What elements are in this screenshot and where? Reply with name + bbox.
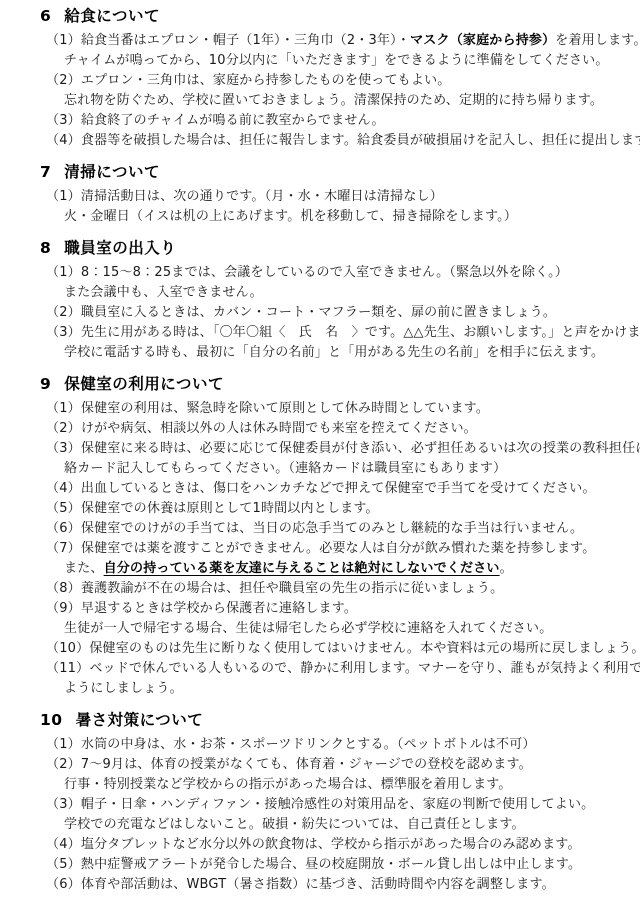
text-line: （6）保健室でのけがの手当ては、当日の応急手当てのみとし継続的な手当は行いません…: [0, 519, 640, 539]
text-segment: ようにしましょう。: [64, 681, 183, 696]
text-line: （5）熱中症警戒アラートが発令した場合、昼の校庭開放・ボール貸し出しは中止します…: [0, 855, 640, 875]
text-segment: （2）7～9月は、体育の授業がなくても、体育着・ジャージでの登校を認めます。: [46, 757, 532, 772]
text-segment: （2）職員室に入るときは、カバン・コート・マフラー類を、扉の前に置きましょう。: [46, 305, 556, 320]
text-segment: （4）出血しているときは、傷口をハンカチなどで押えて保健室で手当てを受けてくださ…: [46, 481, 596, 496]
text-segment: （3）給食終了のチャイムが鳴る前に教室からでません。: [46, 113, 385, 128]
text-line: （7）保健室では薬を渡すことができません。必要な人は自分が飲み慣れた薬を持参しま…: [0, 539, 640, 559]
text-line: 絡カード記入してもらってください。（連絡カードは職員室にもあります）: [0, 459, 640, 479]
text-segment: （2）けがや病気、相談以外の人は休み時間でも来室を控えてください。: [46, 421, 477, 436]
document-page: 6給食について（1）給食当番はエプロン・帽子（1年）・三角巾（2・3年）・マスク…: [0, 0, 640, 908]
text-segment: 行事・特別授業など学校からの指示があった場合は、標準服を着用します。: [64, 777, 512, 792]
section-8: 8職員室の出入り（1）8：15～8：25までは、会議をしているので入室できません…: [0, 237, 640, 363]
section-6: 6給食について（1）給食当番はエプロン・帽子（1年）・三角巾（2・3年）・マスク…: [0, 5, 640, 151]
text-segment: を着用します。: [555, 33, 640, 48]
text-segment: （2）エプロン・三角巾は、家庭から持参したものを使ってもよい。: [46, 73, 450, 88]
text-segment: （10）保健室のものは先生に断りなく使用してはいけません。本や資料は元の場所に戻…: [46, 641, 640, 656]
text-segment: （5）保健室での休養は原則として1時間以内とします。: [46, 501, 379, 516]
text-line: （2）職員室に入るときは、カバン・コート・マフラー類を、扉の前に置きましょう。: [0, 303, 640, 323]
text-segment: （1）保健室の利用は、緊急時を除いて原則として休み時間としています。: [46, 401, 489, 416]
text-segment: 。: [500, 561, 513, 576]
section-9: 9保健室の利用について（1）保健室の利用は、緊急時を除いて原則として休み時間とし…: [0, 373, 640, 699]
text-segment: （1）清掃活動日は、次の通りです。（月・水・木曜日は清掃なし）: [46, 189, 443, 204]
text-line: （1）清掃活動日は、次の通りです。（月・水・木曜日は清掃なし）: [0, 187, 640, 207]
text-line: チャイムが鳴ってから、10分以内に「いただきます」をできるように準備をしてくださ…: [0, 51, 640, 71]
text-line: 行事・特別授業など学校からの指示があった場合は、標準服を着用します。: [0, 775, 640, 795]
text-line: （4）食器等を破損した場合は、担任に報告します。給食委員が破損届けを記入し、担任…: [0, 131, 640, 151]
text-segment: 学校に電話する時も、最初に「自分の名前」と「用がある先生の名前」を相手に伝えます…: [64, 345, 604, 360]
text-segment: （8）養護教諭が不在の場合は、担任や職員室の先生の指示に従いましょう。: [46, 581, 503, 596]
section-number: 8: [40, 239, 51, 257]
text-segment: 絡カード記入してもらってください。（連絡カードは職員室にもあります）: [64, 461, 506, 476]
text-segment: （1）8：15～8：25までは、会議をしているので入室できません。（緊急以外を除…: [46, 265, 568, 280]
section-title: 清掃について: [64, 163, 160, 181]
section-title: 暑さ対策について: [76, 711, 204, 729]
text-line: （1）水筒の中身は、水・お茶・スポーツドリンクとする。（ペットボトルは不可）: [0, 735, 640, 755]
text-line: また会議中も、入室できません。: [0, 283, 640, 303]
section-heading: 10暑さ対策について: [0, 709, 640, 731]
text-line: （4）出血しているときは、傷口をハンカチなどで押えて保健室で手当てを受けてくださ…: [0, 479, 640, 499]
document-body: 6給食について（1）給食当番はエプロン・帽子（1年）・三角巾（2・3年）・マスク…: [0, 5, 640, 895]
section-title: 保健室の利用について: [64, 375, 224, 393]
text-segment: （3）保健室に来る時は、必要に応じて保健委員が付き添い、必ず担任あるいは次の授業…: [46, 441, 640, 456]
emphasized-text: 自分の持っている薬を友達に与えることは絶対にしないでください: [104, 561, 500, 576]
text-line: （4）塩分タブレットなど水分以外の飲食物は、学校から指示があった場合のみ認めます…: [0, 835, 640, 855]
text-line: 火・金曜日（イスは机の上にあげます。机を移動して、掃き掃除をします。）: [0, 207, 640, 227]
text-segment: （4）食器等を破損した場合は、担任に報告します。給食委員が破損届けを記入し、担任…: [46, 133, 640, 148]
text-line: （2）7～9月は、体育の授業がなくても、体育着・ジャージでの登校を認めます。: [0, 755, 640, 775]
text-segment: （4）塩分タブレットなど水分以外の飲食物は、学校から指示があった場合のみ認めます…: [46, 837, 581, 852]
section-title: 職員室の出入り: [64, 239, 176, 257]
text-line: 忘れ物を防ぐため、学校に置いておきましょう。清潔保持のため、定期的に持ち帰ります…: [0, 91, 640, 111]
text-line: （10）保健室のものは先生に断りなく使用してはいけません。本や資料は元の場所に戻…: [0, 639, 640, 659]
section-number: 9: [40, 375, 51, 393]
text-line: （9）早退するときは学校から保護者に連絡します。: [0, 599, 640, 619]
text-segment: （3）帽子・日傘・ハンディファン・接触冷感性の対策用品を、家庭の判断で使用してよ…: [46, 797, 594, 812]
text-line: （3）先生に用がある時は、「〇年〇組〈 氏 名 〉です。△△先生、お願いします。…: [0, 323, 640, 343]
text-line: （3）帽子・日傘・ハンディファン・接触冷感性の対策用品を、家庭の判断で使用してよ…: [0, 795, 640, 815]
text-segment: （7）保健室では薬を渡すことができません。必要な人は自分が飲み慣れた薬を持参しま…: [46, 541, 595, 556]
text-line: （1）8：15～8：25までは、会議をしているので入室できません。（緊急以外を除…: [0, 263, 640, 283]
section-heading: 8職員室の出入り: [0, 237, 640, 259]
section-heading: 6給食について: [0, 5, 640, 27]
text-segment: 火・金曜日（イスは机の上にあげます。机を移動して、掃き掃除をします。）: [64, 209, 517, 224]
text-segment: （1）水筒の中身は、水・お茶・スポーツドリンクとする。（ペットボトルは不可）: [46, 737, 536, 752]
text-line: （2）けがや病気、相談以外の人は休み時間でも来室を控えてください。: [0, 419, 640, 439]
text-line: （5）保健室での休養は原則として1時間以内とします。: [0, 499, 640, 519]
section-number: 6: [40, 7, 51, 25]
text-line: （8）養護教諭が不在の場合は、担任や職員室の先生の指示に従いましょう。: [0, 579, 640, 599]
text-line: （3）給食終了のチャイムが鳴る前に教室からでません。: [0, 111, 640, 131]
text-segment: 学校での充電などはしないこと。破損・紛失については、自己責任とします。: [64, 817, 525, 832]
text-line: 生徒が一人で帰宅する場合、生徒は帰宅したら必ず学校に連絡を入れてください。: [0, 619, 640, 639]
text-line: （2）エプロン・三角巾は、家庭から持参したものを使ってもよい。: [0, 71, 640, 91]
text-segment: （1）給食当番はエプロン・帽子（1年）・三角巾（2・3年）・: [46, 33, 410, 48]
text-segment: 生徒が一人で帰宅する場合、生徒は帰宅したら必ず学校に連絡を入れてください。: [64, 621, 552, 636]
text-line: （3）保健室に来る時は、必要に応じて保健委員が付き添い、必ず担任あるいは次の授業…: [0, 439, 640, 459]
text-segment: また、: [64, 561, 104, 576]
section-number: 7: [40, 163, 51, 181]
emphasized-text: マスク（家庭から持参）: [410, 33, 555, 48]
section-number: 10: [40, 711, 63, 729]
text-line: 学校に電話する時も、最初に「自分の名前」と「用がある先生の名前」を相手に伝えます…: [0, 343, 640, 363]
text-line: （11）ベッドで休んでいる人もいるので、静かに利用します。マナーを守り、誰もが気…: [0, 659, 640, 679]
text-segment: （11）ベッドで休んでいる人もいるので、静かに利用します。マナーを守り、誰もが気…: [46, 661, 640, 676]
text-segment: （9）早退するときは学校から保護者に連絡します。: [46, 601, 357, 616]
text-segment: （5）熱中症警戒アラートが発令した場合、昼の校庭開放・ボール貸し出しは中止します…: [46, 857, 581, 872]
text-line: ようにしましょう。: [0, 679, 640, 699]
text-segment: （3）先生に用がある時は、「〇年〇組〈 氏 名 〉です。△△先生、お願いします。…: [46, 325, 640, 340]
text-segment: また会議中も、入室できません。: [64, 285, 263, 300]
text-line: また、自分の持っている薬を友達に与えることは絶対にしないでください。: [0, 559, 640, 579]
text-line: 学校での充電などはしないこと。破損・紛失については、自己責任とします。: [0, 815, 640, 835]
text-segment: 忘れ物を防ぐため、学校に置いておきましょう。清潔保持のため、定期的に持ち帰ります…: [64, 93, 603, 108]
text-line: （1）給食当番はエプロン・帽子（1年）・三角巾（2・3年）・マスク（家庭から持参…: [0, 31, 640, 51]
section-heading: 7清掃について: [0, 161, 640, 183]
text-line: （6）体育や部活動は、WBGT（暑さ指数）に基づき、活動時間や内容を調整します。: [0, 875, 640, 895]
text-segment: （6）体育や部活動は、WBGT（暑さ指数）に基づき、活動時間や内容を調整します。: [46, 877, 555, 892]
section-7: 7清掃について（1）清掃活動日は、次の通りです。（月・水・木曜日は清掃なし）火・…: [0, 161, 640, 227]
section-title: 給食について: [64, 7, 160, 25]
text-segment: チャイムが鳴ってから、10分以内に「いただきます」をできるように準備をしてくださ…: [64, 53, 609, 68]
text-segment: （6）保健室でのけがの手当ては、当日の応急手当てのみとし継続的な手当は行いません…: [46, 521, 583, 536]
section-10: 10暑さ対策について（1）水筒の中身は、水・お茶・スポーツドリンクとする。（ペッ…: [0, 709, 640, 895]
section-heading: 9保健室の利用について: [0, 373, 640, 395]
text-line: （1）保健室の利用は、緊急時を除いて原則として休み時間としています。: [0, 399, 640, 419]
